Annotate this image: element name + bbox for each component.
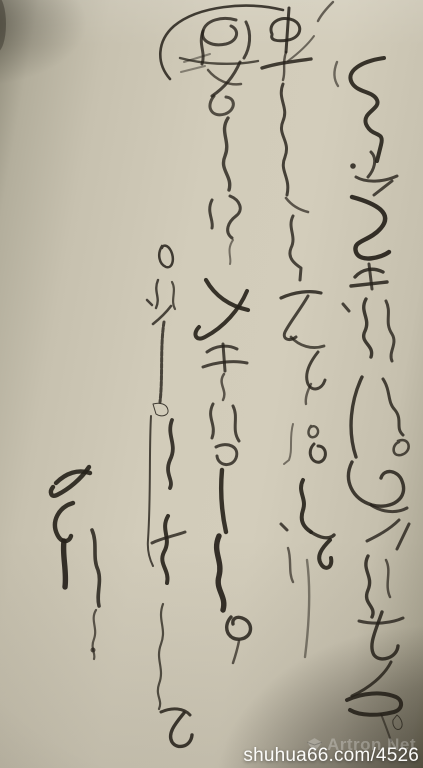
artist-signature [51, 467, 100, 659]
calligraphy-artwork [0, 0, 423, 768]
calligraphy-column-right [343, 58, 409, 741]
calligraphy-inscription-column [147, 246, 192, 747]
calligraphy-column-third [195, 196, 250, 663]
calligraphy-top-flourish [160, 6, 283, 190]
photo-edge-smudge [0, 0, 6, 52]
calligraphy-column-second [262, 2, 338, 657]
calligraphy-photo: Artron Net shuhua66.com/4526 [0, 0, 423, 768]
